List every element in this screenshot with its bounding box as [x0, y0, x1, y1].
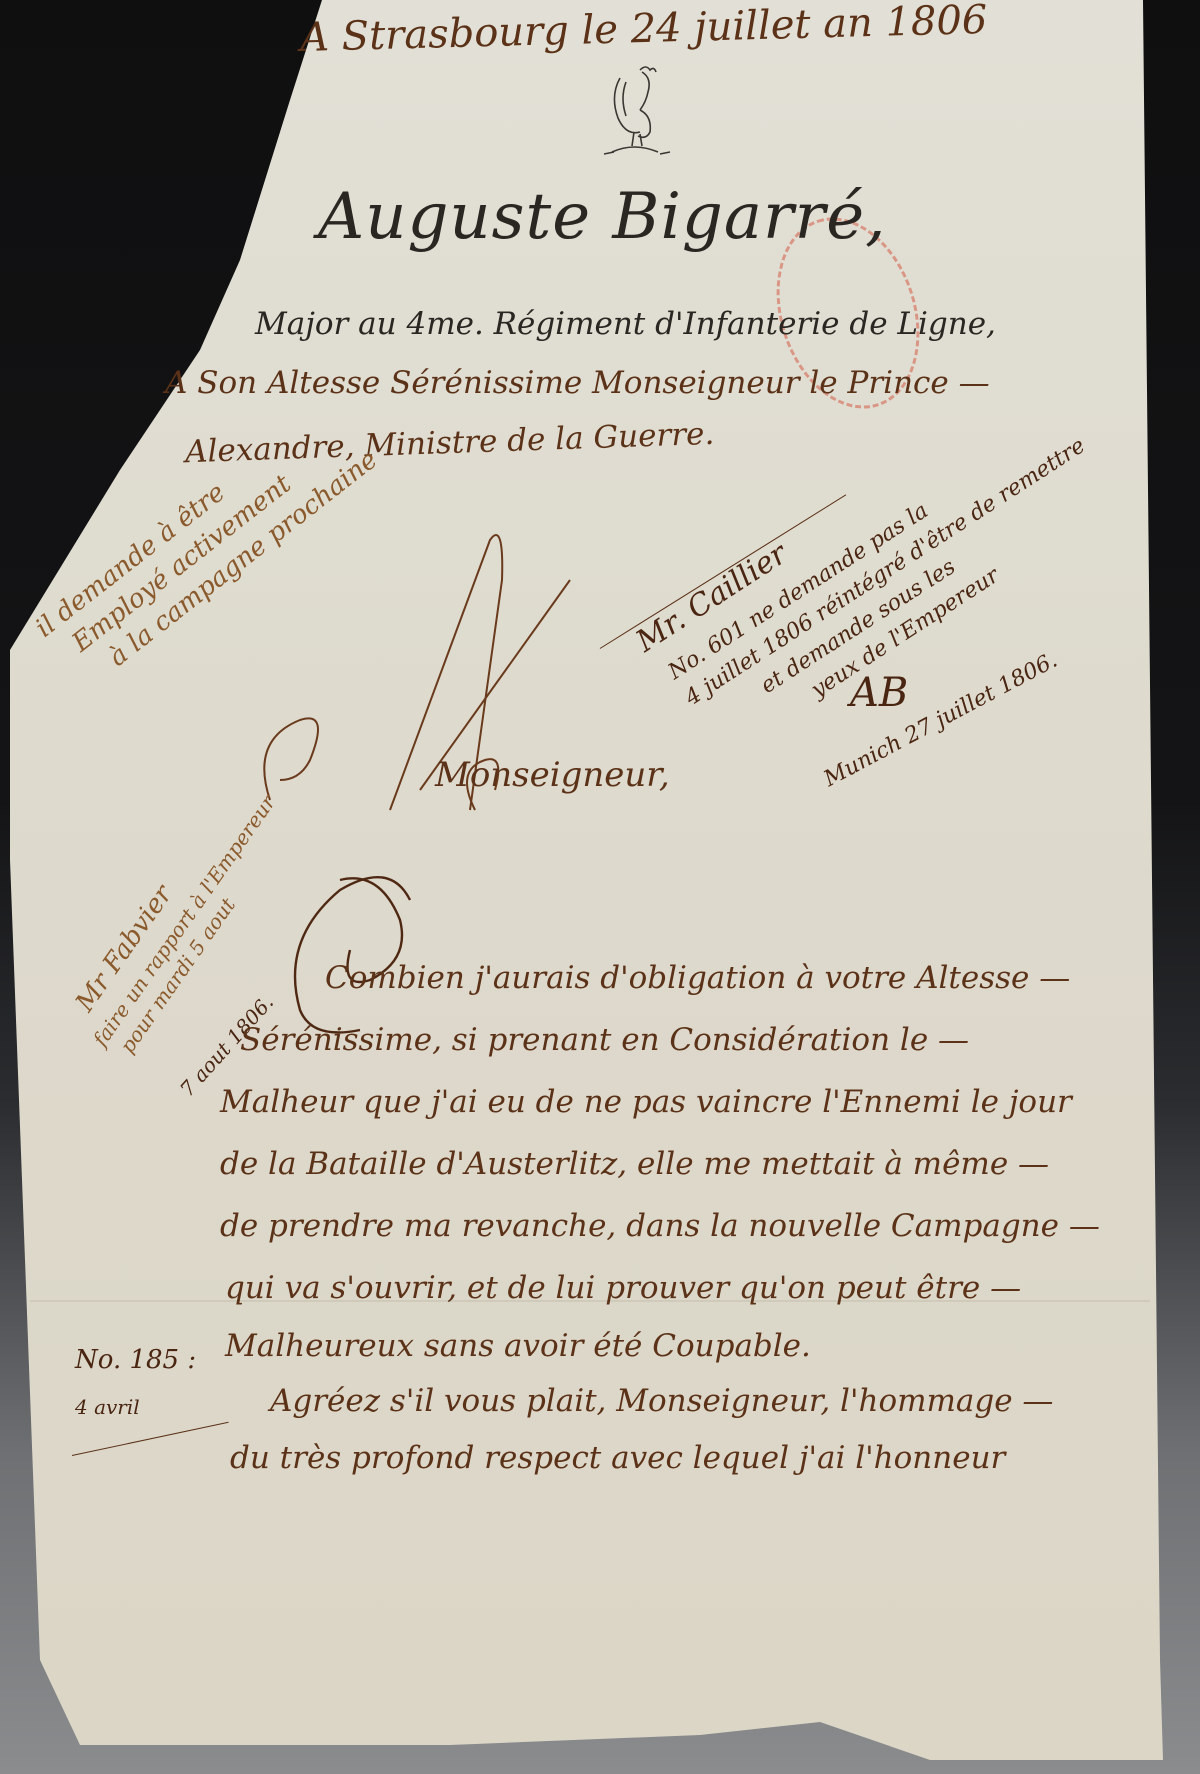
right-note-signature: AB [850, 670, 908, 716]
body-line: Malheur que j'ai eu de ne pas vaincre l'… [220, 1084, 1072, 1120]
rooster-emblem-icon [600, 58, 675, 163]
body-line: Combien j'aurais d'obligation à votre Al… [325, 960, 1070, 996]
monseigneur-m-flourish [260, 500, 620, 850]
author-title: Major au 4me. Régiment d'Infanterie de L… [255, 306, 996, 342]
addressee-line-1: A Son Altesse Sérénissime Monseigneur le… [165, 365, 990, 401]
author-name: Auguste Bigarré, [318, 180, 886, 254]
closing-line: du très profond respect avec lequel j'ai… [230, 1440, 1005, 1476]
salutation: Monseigneur, [435, 755, 670, 795]
body-line: de prendre ma revanche, dans la nouvelle… [220, 1208, 1100, 1244]
body-line: Malheureux sans avoir été Coupable. [225, 1328, 811, 1364]
closing-line: Agréez s'il vous plait, Monseigneur, l'h… [270, 1383, 1053, 1419]
bottom-margin-date: 4 avril [75, 1395, 140, 1419]
bottom-margin-number: No. 185 : [75, 1345, 196, 1375]
body-line: de la Bataille d'Austerlitz, elle me met… [220, 1146, 1049, 1182]
body-line: Sérénissime, si prenant en Considération… [240, 1022, 969, 1058]
body-line: qui va s'ouvrir, et de lui prouver qu'on… [225, 1270, 1021, 1306]
